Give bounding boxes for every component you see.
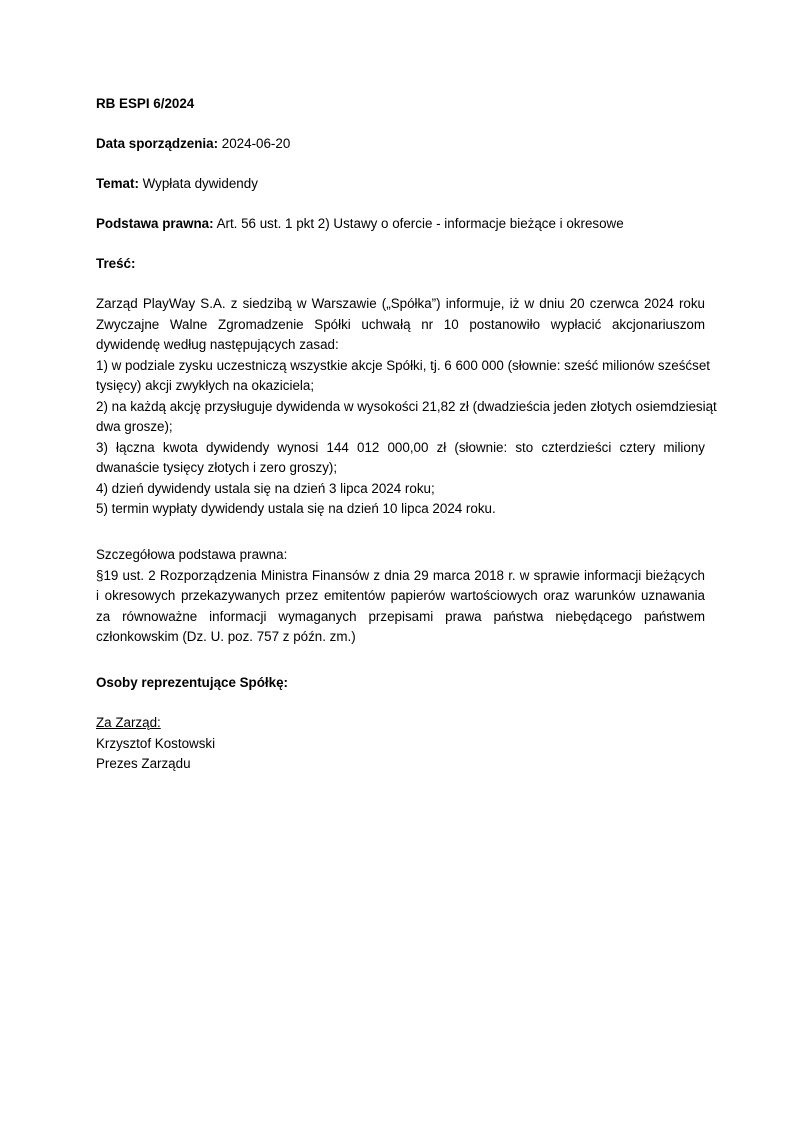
on-behalf-label: Za Zarząd:	[96, 713, 705, 734]
body-line: Zarząd PlayWay S.A. z siedzibą w Warszaw…	[96, 294, 705, 315]
body-line: 2) na każdą akcję przysługuje dywidenda …	[96, 397, 705, 418]
basis-line: za równoważne informacji wymaganych prze…	[96, 607, 705, 628]
date-value: 2024-06-20	[222, 136, 291, 151]
legal-basis-row: Podstawa prawna: Art. 56 ust. 1 pkt 2) U…	[96, 214, 705, 234]
body-line: dwanaście tysięcy złotych i zero groszy)…	[96, 458, 705, 479]
signatories-block: Za Zarząd: Krzysztof Kostowski Prezes Za…	[96, 713, 705, 775]
body-line: 4) dzień dywidendy ustala się na dzień 3…	[96, 479, 705, 500]
signatories-heading: Osoby reprezentujące Spółkę:	[96, 673, 705, 693]
announcement-body: Zarząd PlayWay S.A. z siedzibą w Warszaw…	[96, 294, 705, 520]
basis-line: §19 ust. 2 Rozporządzenia Ministra Finan…	[96, 566, 705, 587]
report-id: RB ESPI 6/2024	[96, 94, 705, 114]
signatory-name: Krzysztof Kostowski	[96, 734, 705, 755]
subject-row: Temat: Wypłata dywidendy	[96, 174, 705, 194]
content-heading: Treść:	[96, 254, 705, 274]
body-line: Zwyczajne Walne Zgromadzenie Spółki uchw…	[96, 315, 705, 336]
legal-basis-label: Podstawa prawna:	[96, 216, 214, 231]
body-line: tysięcy) akcji zwykłych na okaziciela;	[96, 376, 705, 397]
body-line: dwa grosze);	[96, 417, 705, 438]
date-row: Data sporządzenia: 2024-06-20	[96, 134, 705, 154]
basis-line: członkowskim (Dz. U. poz. 757 z późn. zm…	[96, 627, 705, 648]
body-line: 5) termin wypłaty dywidendy ustala się n…	[96, 499, 705, 520]
legal-basis-value: Art. 56 ust. 1 pkt 2) Ustawy o ofercie -…	[217, 216, 624, 231]
date-label: Data sporządzenia:	[96, 136, 218, 151]
body-line: dywidendę według następujących zasad:	[96, 335, 705, 356]
subject-value: Wypłata dywidendy	[143, 176, 258, 191]
basis-line: Szczegółowa podstawa prawna:	[96, 545, 705, 566]
signatory-title: Prezes Zarządu	[96, 754, 705, 775]
subject-label: Temat:	[96, 176, 139, 191]
detailed-legal-basis: Szczegółowa podstawa prawna: §19 ust. 2 …	[96, 545, 705, 648]
basis-line: i okresowych przekazywanych przez emiten…	[96, 586, 705, 607]
body-line: 3) łączna kwota dywidendy wynosi 144 012…	[96, 438, 705, 459]
body-line: 1) w podziale zysku uczestniczą wszystki…	[96, 356, 705, 377]
